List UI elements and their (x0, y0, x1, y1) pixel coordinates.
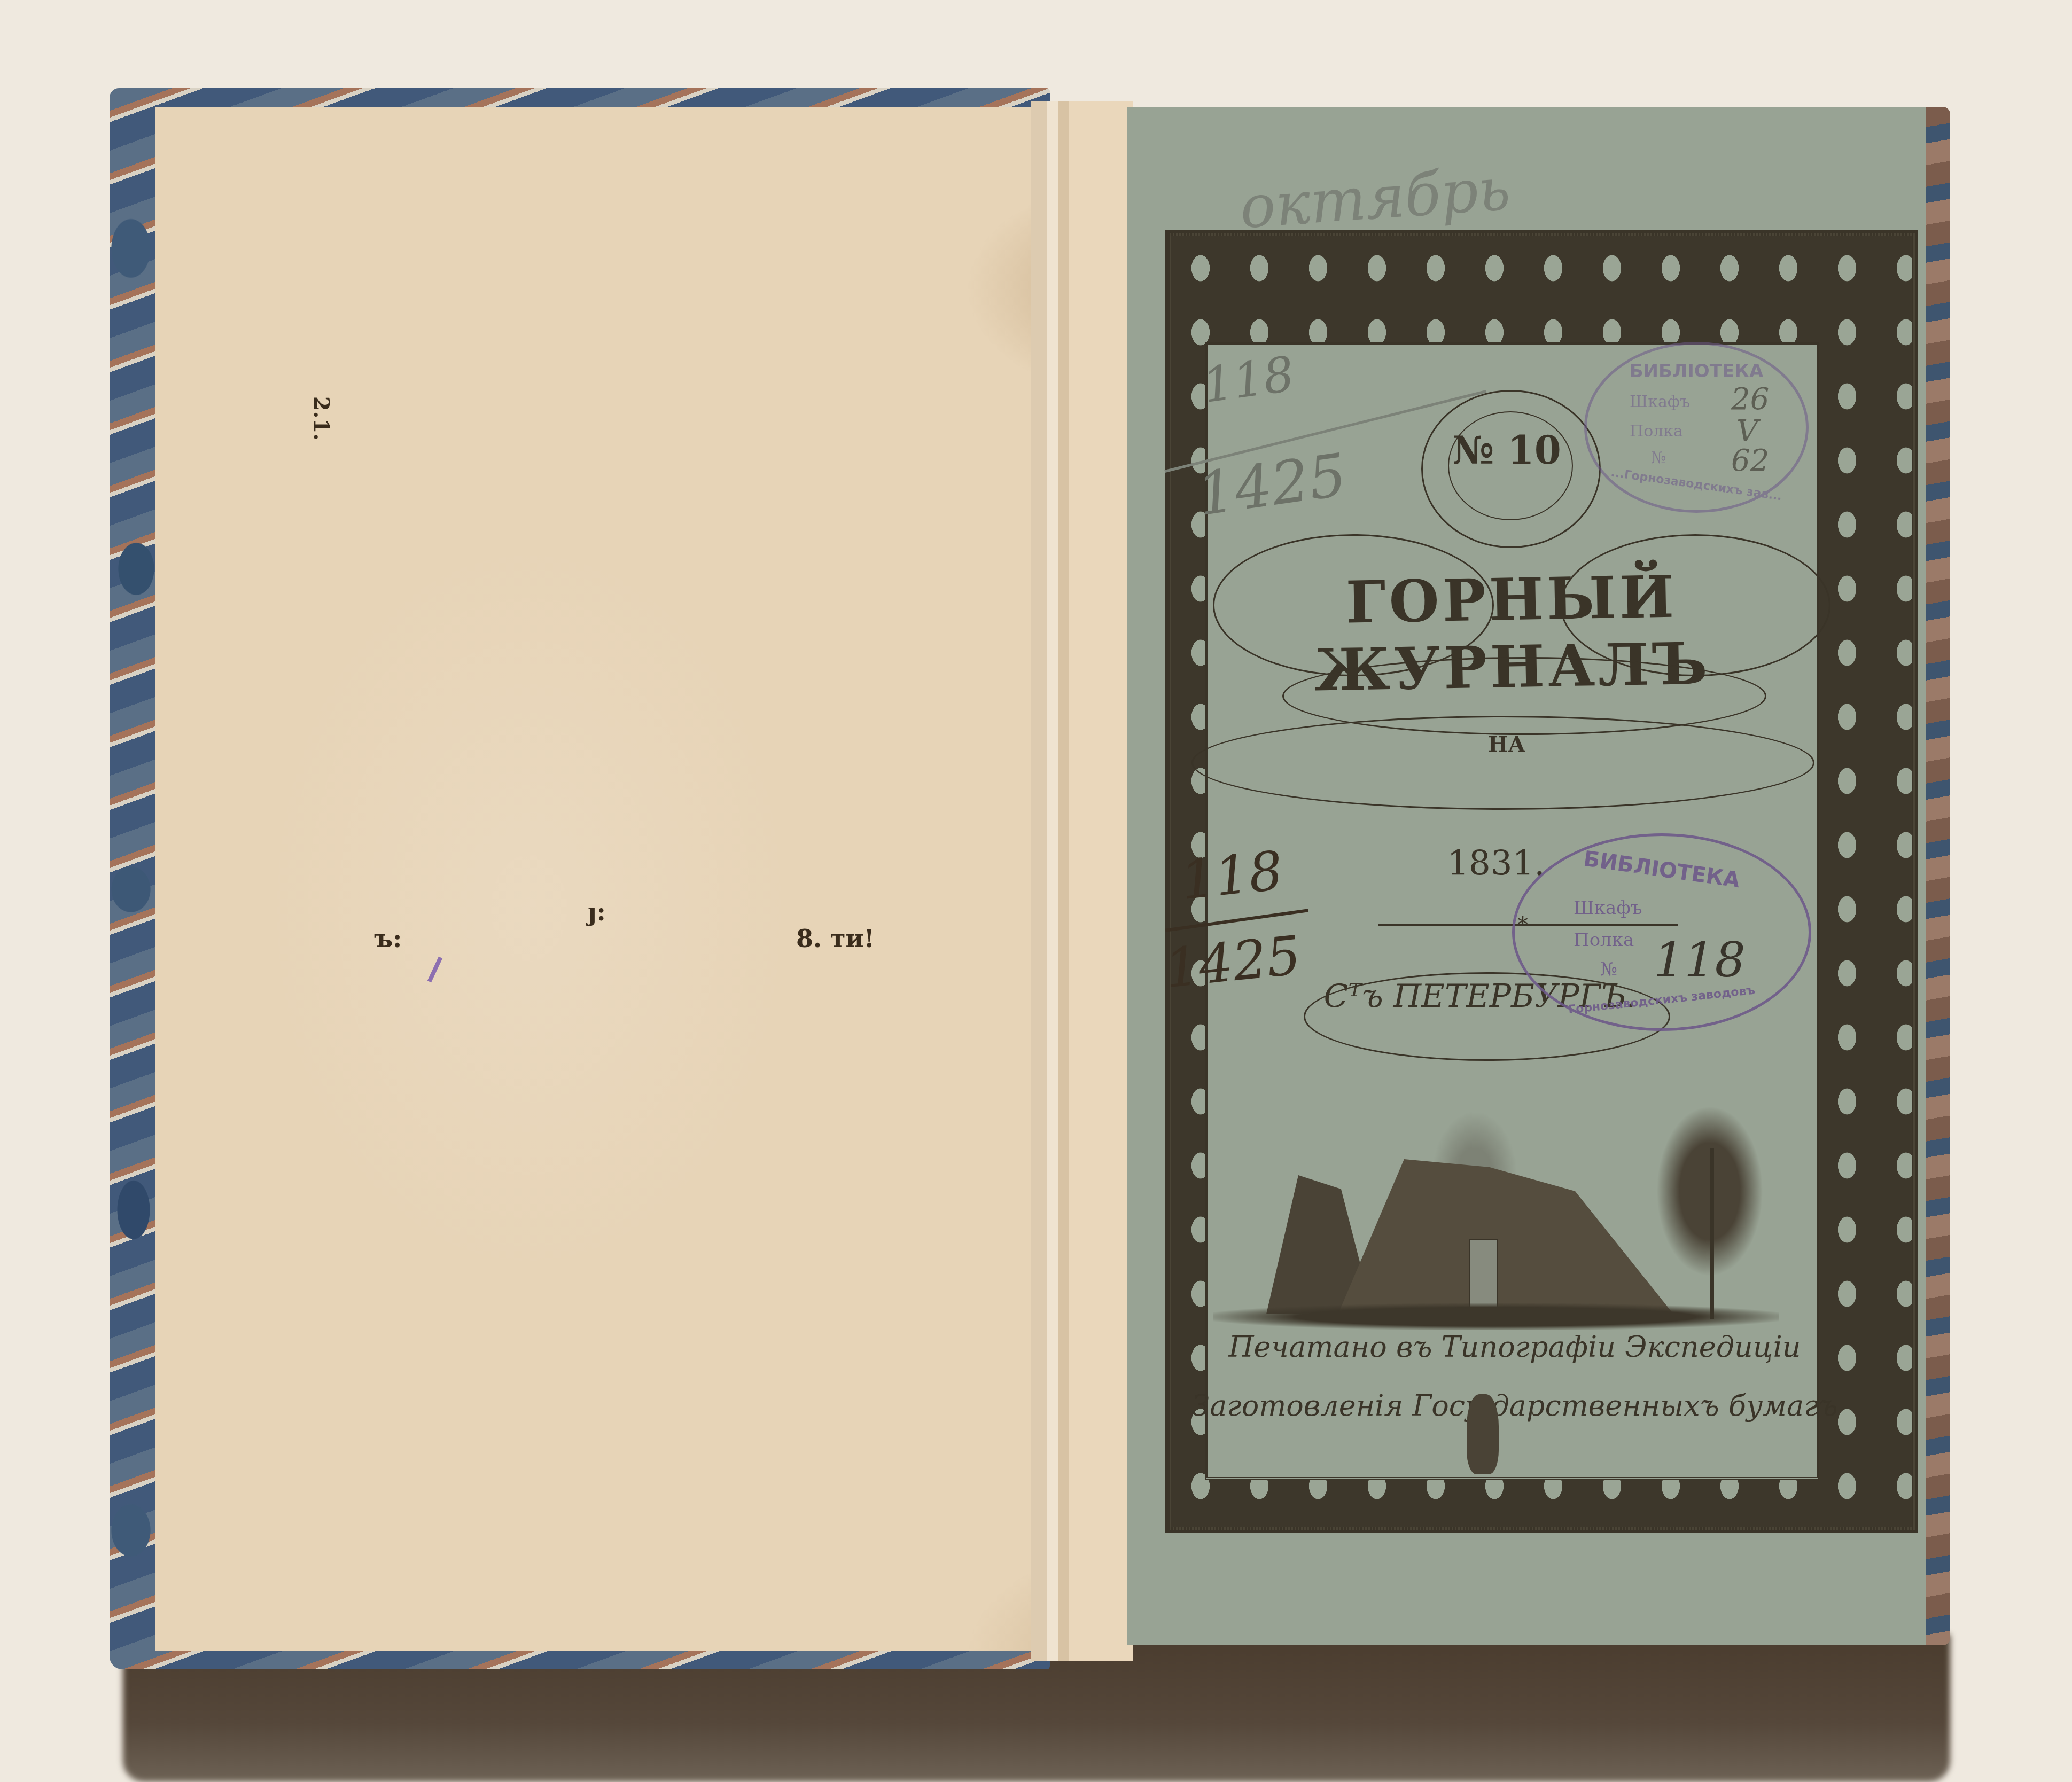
engraving-tree-trunk (1710, 1148, 1714, 1319)
library-stamp-lower: БИБЛІОТЕКА Шкафъ Полка № 118 Горнозаводс… (1512, 833, 1811, 1031)
stamp-upper-row2-label: Полка (1630, 422, 1683, 441)
spine-gutter (1031, 101, 1133, 1661)
left-page-mark-lower-right: 8. ти! (796, 924, 875, 953)
left-page-mark-lower-left: ъ: (374, 924, 402, 953)
stamp-lower-row3-label: № (1600, 959, 1617, 980)
ink-shelfmark-numerator: 118 (1178, 839, 1290, 912)
stamp-upper-row3-label: № (1651, 449, 1666, 467)
stamp-lower-row2-label: Полка (1574, 929, 1634, 951)
engraving-ground (1213, 1303, 1779, 1330)
stamp-lower-row1-label: Шкафъ (1574, 897, 1642, 919)
imprint-line-2: Заготовленія Госу дарственныхъ бумагъ (1186, 1389, 1843, 1423)
calligraphic-flourish-na (1191, 716, 1814, 810)
library-stamp-upper: БИБЛІОТЕКА Шкафъ 26 Полка V № 62 ...Горн… (1584, 342, 1809, 513)
stamp-upper-row1-value: 26 (1731, 382, 1769, 417)
stamp-upper-header: БИБЛІОТЕКА (1587, 361, 1806, 382)
owl-emblem (1467, 1394, 1499, 1474)
left-page-mark-upper: 2.1. (309, 396, 334, 441)
left-pastedown-page: 2.1. ъ: ȷ: 8. ти! (155, 107, 1037, 1651)
left-page-mark-lower-center: ȷ: (588, 897, 606, 926)
stamp-lower-row3-value: 118 (1654, 932, 1746, 988)
stamp-upper-row3-value: 62 (1731, 443, 1769, 478)
stamp-upper-row1-label: Шкафъ (1630, 393, 1690, 411)
imprint-line-1: Печатано въ Типографіи Экспедиціи (1186, 1330, 1843, 1364)
issue-number: № 10 (1437, 427, 1576, 473)
